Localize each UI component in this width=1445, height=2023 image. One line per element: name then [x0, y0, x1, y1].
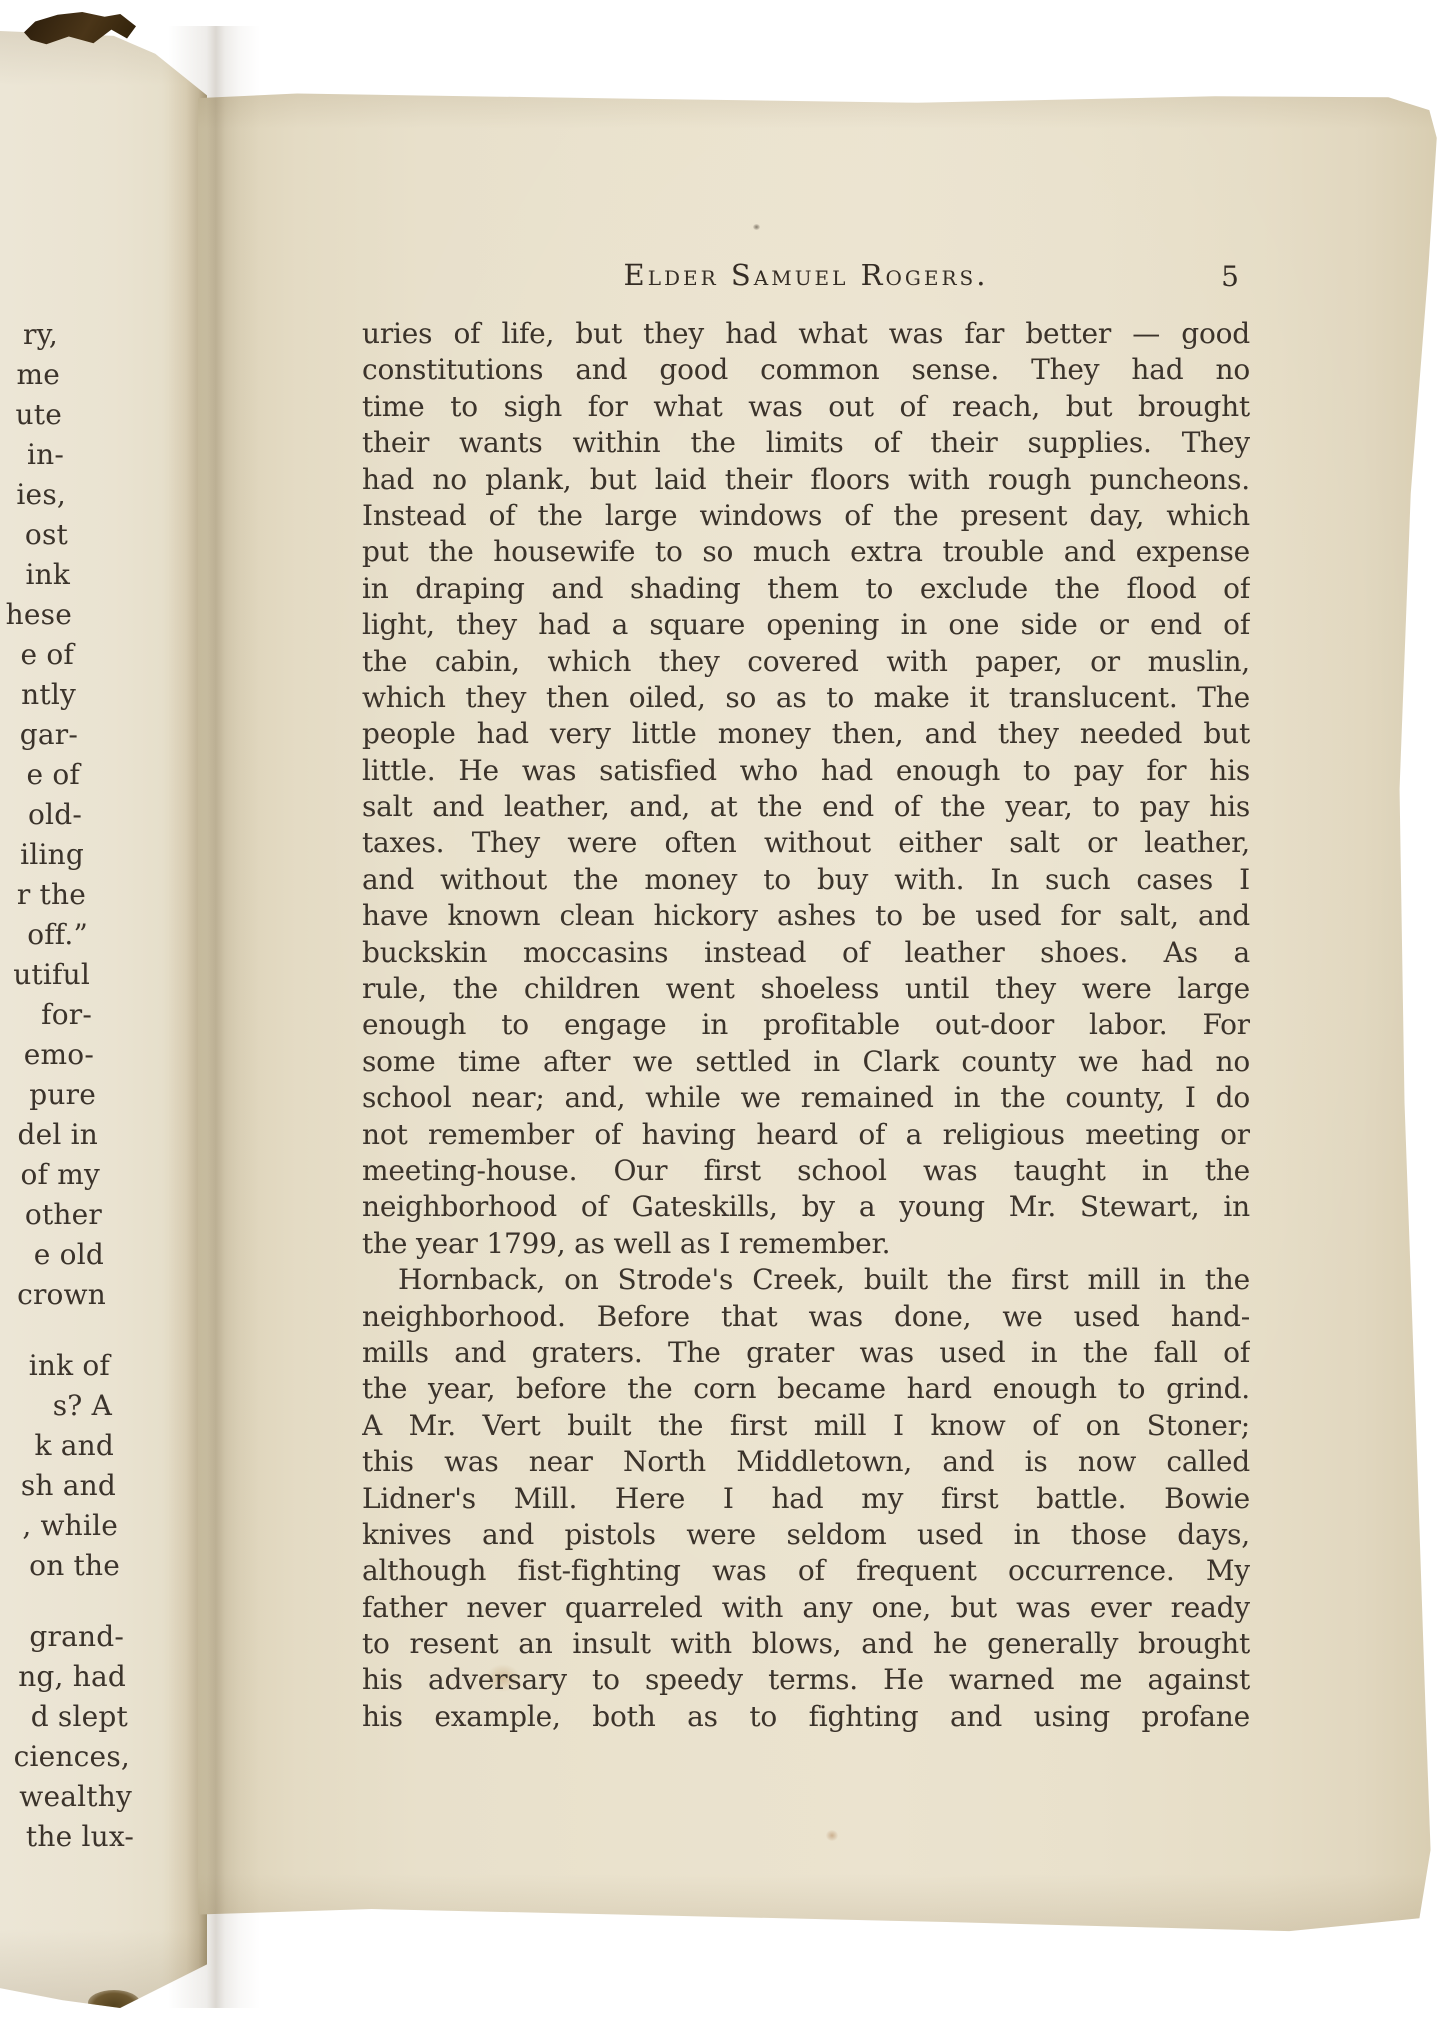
body-line: the year, before the corn became hard en…	[362, 1371, 1250, 1407]
body-line: time to sigh for what was out of reach, …	[362, 389, 1250, 425]
left-page-line-fragment: the lux-	[0, 1817, 150, 1857]
body-line: his adversary to speedy terms. He warned…	[362, 1662, 1250, 1698]
left-page-line-fragment: pure	[0, 1075, 150, 1115]
left-page-line-fragment: e of	[0, 755, 150, 795]
body-line: rule, the children went shoeless until t…	[362, 971, 1250, 1007]
body-line: meeting-house. Our first school was taug…	[362, 1153, 1250, 1189]
body-line: their wants within the limits of their s…	[362, 425, 1250, 461]
left-page-text-fragments: ry,meutein-ies,ostinkhesee ofntlygar-e o…	[0, 315, 150, 1857]
body-line: put the housewife to so much extra troub…	[362, 534, 1250, 570]
body-line: people had very little money then, and t…	[362, 716, 1250, 752]
left-page: ry,meutein-ies,ostinkhesee ofntlygar-e o…	[0, 26, 207, 2008]
left-page-line-fragment: on the	[0, 1546, 150, 1586]
left-page-line-fragment: other	[0, 1195, 150, 1235]
left-page-bottom-stain	[88, 1990, 140, 2016]
left-page-line-fragment: hese	[0, 595, 150, 635]
left-page-line-fragment: wealthy	[0, 1777, 150, 1817]
left-page-line-fragment: utiful	[0, 955, 150, 995]
left-page-line-fragment: ciences,	[0, 1737, 150, 1777]
left-page-line-fragment: k and	[0, 1426, 150, 1466]
paragraph-gap	[0, 1586, 150, 1617]
body-line: mills and graters. The grater was used i…	[362, 1335, 1250, 1371]
body-line: taxes. They were often without either sa…	[362, 825, 1250, 861]
body-line: uries of life, but they had what was far…	[362, 316, 1250, 352]
body-line: father never quarreled with any one, but…	[362, 1590, 1250, 1626]
left-page-line-fragment: sh and	[0, 1466, 150, 1506]
body-line: neighborhood of Gateskills, by a young M…	[362, 1189, 1250, 1225]
left-page-line-fragment: old-	[0, 795, 150, 835]
body-line: knives and pistols were seldom used in t…	[362, 1517, 1250, 1553]
body-line: neighborhood. Before that was done, we u…	[362, 1299, 1250, 1335]
body-line: although fist-fighting was of frequent o…	[362, 1553, 1250, 1589]
running-header: Elder Samuel Rogers.	[362, 258, 1250, 296]
left-page-line-fragment: ost	[0, 515, 150, 555]
left-page-line-fragment: emo-	[0, 1035, 150, 1075]
left-page-line-fragment: r the	[0, 875, 150, 915]
body-line: have known clean hickory ashes to be use…	[362, 898, 1250, 934]
left-page-line-fragment: del in	[0, 1115, 150, 1155]
body-line: Instead of the large windows of the pres…	[362, 498, 1250, 534]
left-page-line-fragment: e of	[0, 635, 150, 675]
left-page-line-fragment: for-	[0, 995, 150, 1035]
body-line: to resent an insult with blows, and he g…	[362, 1626, 1250, 1662]
body-line: in draping and shading them to exclude t…	[362, 571, 1250, 607]
left-page-line-fragment: d slept	[0, 1697, 150, 1737]
body-line: constitutions and good common sense. The…	[362, 352, 1250, 388]
body-line: and without the money to buy with. In su…	[362, 862, 1250, 898]
left-page-line-fragment: ink	[0, 555, 150, 595]
left-page-line-fragment: ute	[0, 395, 150, 435]
left-page-line-fragment: in-	[0, 435, 150, 475]
paragraph-gap	[0, 1315, 150, 1346]
page-number: 5	[1200, 260, 1260, 293]
body-line: buckskin moccasins instead of leather sh…	[362, 935, 1250, 971]
body-line: this was near North Middletown, and is n…	[362, 1444, 1250, 1480]
body-line: the year 1799, as well as I remember.	[362, 1226, 1250, 1262]
body-line: light, they had a square opening in one …	[362, 607, 1250, 643]
body-line: the cabin, which they covered with paper…	[362, 644, 1250, 680]
body-line: not remember of having heard of a religi…	[362, 1117, 1250, 1153]
left-page-line-fragment: crown	[0, 1275, 150, 1315]
body-line: salt and leather, and, at the end of the…	[362, 789, 1250, 825]
body-line: little. He was satisfied who had enough …	[362, 753, 1250, 789]
foxing-spot	[826, 1830, 838, 1841]
left-page-line-fragment: ry,	[0, 315, 150, 355]
body-text: uries of life, but they had what was far…	[362, 316, 1250, 1735]
left-page-line-fragment: gar-	[0, 715, 150, 755]
left-page-line-fragment: of my	[0, 1155, 150, 1195]
body-line: school near; and, while we remained in t…	[362, 1080, 1250, 1116]
body-line: some time after we settled in Clark coun…	[362, 1044, 1250, 1080]
body-line: A Mr. Vert built the first mill I know o…	[362, 1408, 1250, 1444]
left-page-line-fragment: , while	[0, 1506, 150, 1546]
body-line: Lidner's Mill. Here I had my first battl…	[362, 1481, 1250, 1517]
left-page-line-fragment: ntly	[0, 675, 150, 715]
body-line: his example, both as to fighting and usi…	[362, 1699, 1250, 1735]
left-page-line-fragment: off.”	[0, 915, 150, 955]
left-page-line-fragment: ng, had	[0, 1657, 150, 1697]
body-line: had no plank, but laid their floors with…	[362, 462, 1250, 498]
left-page-line-fragment: ink of	[0, 1346, 150, 1386]
left-page-line-fragment: s? A	[0, 1386, 150, 1426]
body-line: enough to engage in profitable out-door …	[362, 1007, 1250, 1043]
body-line: Hornback, on Strode's Creek, built the f…	[362, 1262, 1250, 1298]
left-page-line-fragment: ies,	[0, 475, 150, 515]
foxing-spot	[1436, 734, 1445, 747]
left-page-line-fragment: me	[0, 355, 150, 395]
left-page-line-fragment: e old	[0, 1235, 150, 1275]
left-page-line-fragment: iling	[0, 835, 150, 875]
left-page-line-fragment: grand-	[0, 1617, 150, 1657]
book-photo: { "page": { "header": "Elder Samuel Roge…	[0, 0, 1445, 2023]
body-line: which they then oiled, so as to make it …	[362, 680, 1250, 716]
